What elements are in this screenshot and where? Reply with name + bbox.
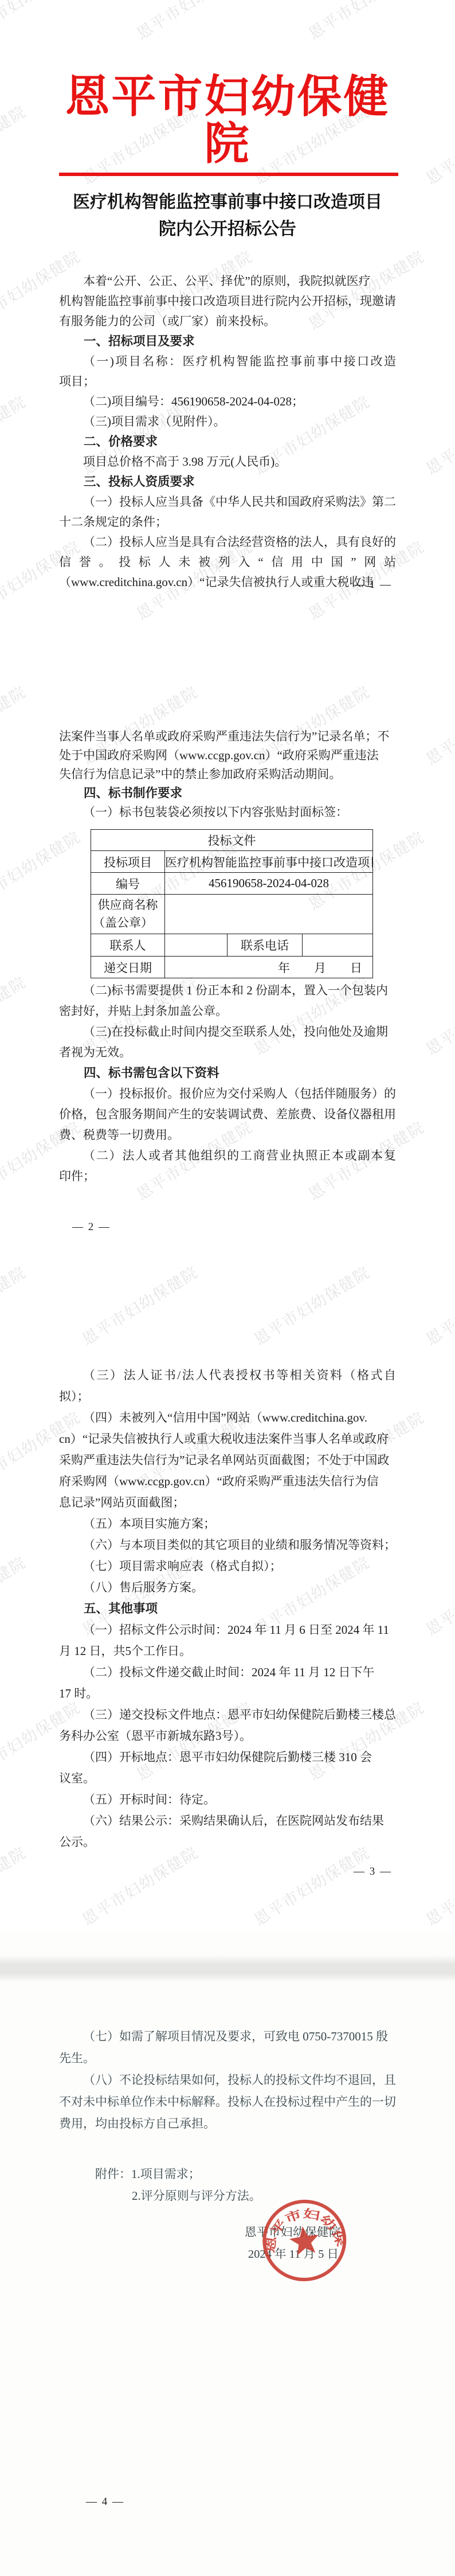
text-line: （三）递交投标文件地点：恩平市妇幼保健院后勤楼三楼总 (59, 1704, 396, 1726)
page-3-body: （三）法人证书/法人代表授权书等相关资料（格式自拟）；（四）未被列入“信用中国”… (59, 1365, 396, 1853)
text-line: 五、其他事项 (59, 1598, 396, 1619)
contact-value-cell (165, 934, 227, 957)
text-line: 府采购网（www.ccgp.gov.cn）“政府采购严重违法失信行为信 (59, 1471, 396, 1492)
page-1: 恩平市妇幼保健院 医疗机构智能监控事前事中接口改造项目 院内公开招标公告 本着“… (0, 0, 455, 644)
page-4-body: （七）如需了解项目情况及要求，可致电 0750-7370015 殷先生。（八）不… (59, 2025, 396, 2207)
text-line: （三)在投标截止时间内提交至联系人处，投向他处及逾期 (59, 1021, 396, 1042)
text-line: 失信行为信息记录”中的禁止参加政府采购活动期间。 (59, 765, 396, 784)
date-label-cell: 递交日期 (91, 957, 165, 978)
text-line: 本着“公开、公正、公平、择优”的原则，我院拟就医疗 (59, 271, 396, 291)
page-2-body-top: 法案件当事人名单或政府采购严重违法失信行为”记录名单；不处于中国政府采购网（ww… (59, 727, 396, 822)
project-value-cell: 医疗机构智能监控事前事中接口改造项目 (165, 851, 373, 873)
text-line: 法案件当事人名单或政府采购严重违法失信行为”记录名单；不 (59, 727, 396, 746)
subtitle-line-1: 医疗机构智能监控事前事中接口改造项目 (59, 189, 396, 216)
text-line: 二、价格要求 (59, 432, 396, 452)
text-line: 附件：1.项目需求； (59, 2163, 396, 2185)
announcement-subtitle: 医疗机构智能监控事前事中接口改造项目 院内公开招标公告 (59, 189, 396, 243)
official-seal-stamp: 恩平市妇幼保健院 (253, 2188, 356, 2292)
text-line: （二)项目编号：456190658-2024-04-028； (59, 392, 396, 412)
text-line: 密封好，并贴上封条加盖公章。 (59, 1001, 396, 1021)
phone-label-cell: 联系电话 (227, 934, 303, 957)
text-line: （二）法人或者其他组织的工商营业执照正本或副本复 (59, 1145, 396, 1166)
text-line: 议室。 (59, 1768, 396, 1789)
supplier-value-cell (165, 895, 373, 934)
number-label-cell: 编号 (91, 873, 165, 895)
text-line: （一）标书包装袋必须按以下内容张贴封面标签： (59, 803, 396, 822)
text-line: 月 12 日，共5个工作日。 (59, 1641, 396, 1662)
page-4: （七）如需了解项目情况及要求，可致电 0750-7370015 殷先生。（八）不… (0, 1932, 455, 2576)
text-line: （二）投标人应当是具有合法经营资格的法人，具有良好的 (59, 532, 396, 552)
page-number-1: — 1 — (354, 579, 392, 591)
text-line: （八）售后服务方案。 (59, 1577, 396, 1598)
text-line: 不对未中标单位作未中标解释。投标人在投标过程中产生的一切 (59, 2091, 396, 2113)
text-line: （四）开标地点：恩平市妇幼保健院后勤楼三楼 310 会 (59, 1747, 396, 1768)
text-line: （五）开标时间：待定。 (59, 1789, 396, 1810)
page-2-body-bottom: （二)标书需要提供 1 份正本和 2 份副本，置入一个包装内密封好，并贴上封条加… (59, 980, 396, 1186)
text-line: （二)标书需要提供 1 份正本和 2 份副本，置入一个包装内 (59, 980, 396, 1001)
text-line: 机构智能监控事前事中接口改造项目进行院内公开招标，现邀请 (59, 291, 396, 311)
page-1-body: 本着“公开、公正、公平、择优”的原则，我院拟就医疗机构智能监控事前事中接口改造项… (59, 271, 396, 592)
hospital-title: 恩平市妇幼保健院 (59, 73, 396, 167)
text-line: 价格，包含服务期间产生的安装调试费、差旅费、设备仪器租用 (59, 1104, 396, 1125)
text-line: 项目； (59, 372, 396, 392)
number-value-cell: 456190658-2024-04-028 (165, 873, 373, 895)
text-line: 四、标书需包含以下资料 (59, 1063, 396, 1083)
text-line: （一）投标人应当具备《中华人民共和国政府采购法》第二 (59, 492, 396, 512)
text-line: （八）不论投标结果如何，投标人的投标文件均不退回，且 (59, 2069, 396, 2091)
text-line: 拟）； (59, 1386, 396, 1407)
text-line: （六）结果公示：采购结果确认后，在医院网站发布结果 (59, 1810, 396, 1832)
page-number-2: — 2 — (72, 1221, 111, 1234)
text-line: 务科办公室（恩平市新城东路3号）。 (59, 1726, 396, 1747)
star-icon (288, 2224, 321, 2256)
project-label-cell: 投标项目 (91, 851, 165, 873)
text-line: （六）与本项目类似的其它项目的业绩和服务情况等资料； (59, 1535, 396, 1556)
text-line: 采购严重违法失信行为”记录名单网站页面截图；不处于中国政 (59, 1450, 396, 1471)
text-line: 一、招标项目及要求 (59, 331, 396, 352)
text-line: 印件； (59, 1166, 396, 1186)
page-number-4: — 4 — (86, 2496, 124, 2508)
text-line: 息记录”网站页面截图； (59, 1492, 396, 1513)
text-line: （www.creditchina.gov.cn）“记录失信被执行人或重大税收违 (59, 572, 396, 592)
page-3: （三）法人证书/法人代表授权书等相关资料（格式自拟）；（四）未被列入“信用中国”… (0, 1288, 455, 1932)
text-line: 公示。 (59, 1832, 396, 1853)
text-line: 者视为无效。 (59, 1042, 396, 1063)
phone-value-cell (303, 934, 373, 957)
text-line: 三、投标人资质要求 (59, 472, 396, 492)
bid-cover-label-table: 投标文件 投标项目 医疗机构智能监控事前事中接口改造项目 编号 45619065… (91, 829, 373, 978)
text-line: （一）投标报价。报价应为交付采购人（包括伴随服务）的 (59, 1083, 396, 1104)
text-line: cn）“记录失信被执行人或重大税收违法案件当事人名单或政府 (59, 1428, 396, 1450)
text-line: （一)项目名称：医疗机构智能监控事前事中接口改造 (59, 352, 396, 372)
supplier-label-line1: 供应商名称 (91, 896, 164, 914)
text-line: （四）未被列入“信用中国”网站（www.creditchina.gov. (59, 1407, 396, 1428)
tender-announcement-document: 恩平市妇幼保健院恩平市妇幼保健院恩平市妇幼保健院恩平市妇幼保健院恩平市妇幼保健院… (0, 0, 455, 2576)
supplier-label-cell: 供应商名称 （盖公章） (91, 895, 165, 934)
text-line: 处于中国政府采购网（www.ccgp.gov.cn）“政府采购严重违法 (59, 746, 396, 765)
text-line: （二）投标文件递交截止时间：2024 年 11 月 12 日下午 (59, 1662, 396, 1683)
date-value-cell: 年 月 日 (165, 957, 373, 978)
text-line: （五）本项目实施方案； (59, 1513, 396, 1535)
text-line: （一）招标文件公示时间：2024 年 11 月 6 日至 2024 年 11 (59, 1619, 396, 1641)
text-line: 费、税费等一切费用。 (59, 1125, 396, 1145)
text-line: 十二条规定的条件； (59, 512, 396, 532)
text-line: 信誉。投标人未被列入“信用中国”网站 (59, 552, 396, 572)
text-line: 费用，均由投标方自己承担。 (59, 2113, 396, 2134)
table-header-cell: 投标文件 (91, 830, 373, 851)
contact-label-cell: 联系人 (91, 934, 165, 957)
text-line: 先生。 (59, 2047, 396, 2069)
text-line: （三）法人证书/法人代表授权书等相关资料（格式自 (59, 1365, 396, 1386)
text-line: 有服务能力的公司（或厂家）前来投标。 (59, 311, 396, 331)
text-line: 17 时。 (59, 1683, 396, 1704)
subtitle-line-2: 院内公开招标公告 (59, 216, 396, 243)
text-line: （三)项目需求（见附件）。 (59, 412, 396, 432)
text-line: 四、标书制作要求 (59, 784, 396, 803)
title-underline (59, 173, 398, 176)
page-2: 法案件当事人名单或政府采购严重违法失信行为”记录名单；不处于中国政府采购网（ww… (0, 644, 455, 1288)
text-line: （七）如需了解项目情况及要求，可致电 0750-7370015 殷 (59, 2025, 396, 2047)
text-line: （七）项目需求响应表（格式自拟）； (59, 1556, 396, 1577)
text-line: 项目总价格不高于 3.98 万元(人民币)。 (59, 452, 396, 472)
page-number-3: — 3 — (354, 1865, 392, 1878)
supplier-label-line2: （盖公章） (91, 914, 164, 932)
